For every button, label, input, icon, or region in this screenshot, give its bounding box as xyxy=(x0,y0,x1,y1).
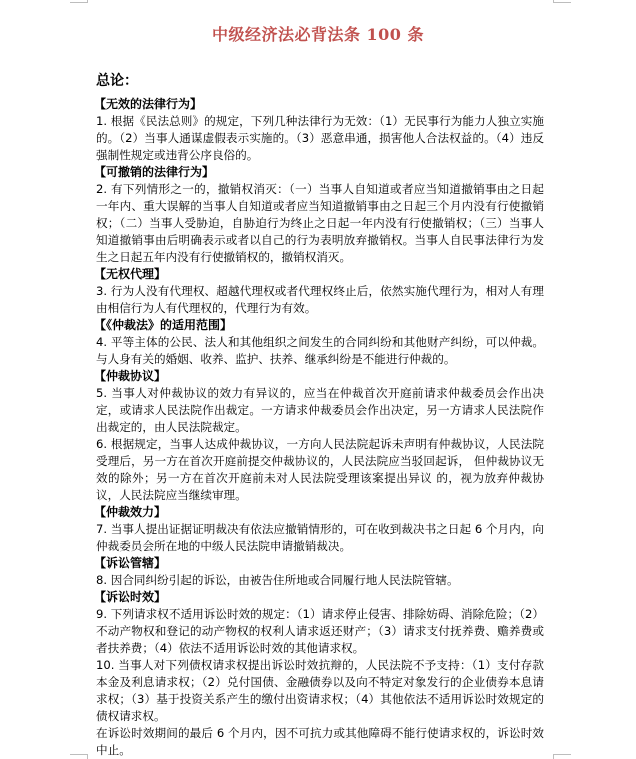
page-corner-mark-bottom-left xyxy=(70,754,88,759)
topic-heading: 【《仲裁法》的适用范围】 xyxy=(94,317,544,334)
page-corner-mark-bottom-right xyxy=(553,754,571,759)
page-corner-mark-top-left xyxy=(70,0,88,3)
topic-heading: 【诉讼管辖】 xyxy=(94,555,544,572)
article-paragraph: 7. 当事人提出证据证明裁决有依法应撤销情形的，可在收到裁决书之日起 6 个月内… xyxy=(96,521,544,555)
article-paragraph: 3. 行为人没有代理权、超越代理权或者代理权终止后，依然实施代理行为，相对人有理… xyxy=(96,283,544,317)
topic-heading: 【无权代理】 xyxy=(94,266,544,283)
article-paragraph: 9. 下列请求权不适用诉讼时效的规定：（1）请求停止侵害、排除妨碍、消除危险；（… xyxy=(96,606,544,657)
topic-heading: 【可撤销的法律行为】 xyxy=(94,164,544,181)
page-corner-mark-top-right xyxy=(553,0,571,3)
article-paragraph: 4. 平等主体的公民、法人和其他组织之间发生的合同纠纷和其他财产纠纷，可以仲裁。… xyxy=(96,334,544,368)
topic-heading: 【仲裁协议】 xyxy=(94,368,544,385)
article-paragraph: 10. 当事人对下列债权请求权提出诉讼时效抗辩的，人民法院不予支持：（1）支付存… xyxy=(96,657,544,725)
topic-heading: 【无效的法律行为】 xyxy=(94,96,544,113)
document-title: 中级经济法必背法条 100 条 xyxy=(0,22,636,45)
section-heading: 总论： xyxy=(96,70,138,90)
article-paragraph: 6. 根据规定，当事人达成仲裁协议，一方向人民法院起诉未声明有仲裁协议，人民法院… xyxy=(96,436,544,504)
article-paragraph: 2. 有下列情形之一的，撤销权消灭：（一）当事人自知道或者应当知道撤销事由之日起… xyxy=(96,181,544,266)
article-paragraph: 8. 因合同纠纷引起的诉讼，由被告住所地或合同履行地人民法院管辖。 xyxy=(96,572,544,589)
document-body: 【无效的法律行为】 1. 根据《民法总则》的规定，下列几种法律行为无效：（1）无… xyxy=(96,96,544,759)
topic-heading: 【仲裁效力】 xyxy=(94,504,544,521)
article-paragraph: 5. 当事人对仲裁协议的效力有异议的，应当在仲裁首次开庭前请求仲裁委员会作出决定… xyxy=(96,385,544,436)
topic-heading: 【诉讼时效】 xyxy=(94,589,544,606)
article-paragraph: 在诉讼时效期间的最后 6 个月内，因不可抗力或其他障碍不能行使请求权的，诉讼时效… xyxy=(96,725,544,759)
article-paragraph: 1. 根据《民法总则》的规定，下列几种法律行为无效：（1）无民事行为能力人独立实… xyxy=(96,113,544,164)
